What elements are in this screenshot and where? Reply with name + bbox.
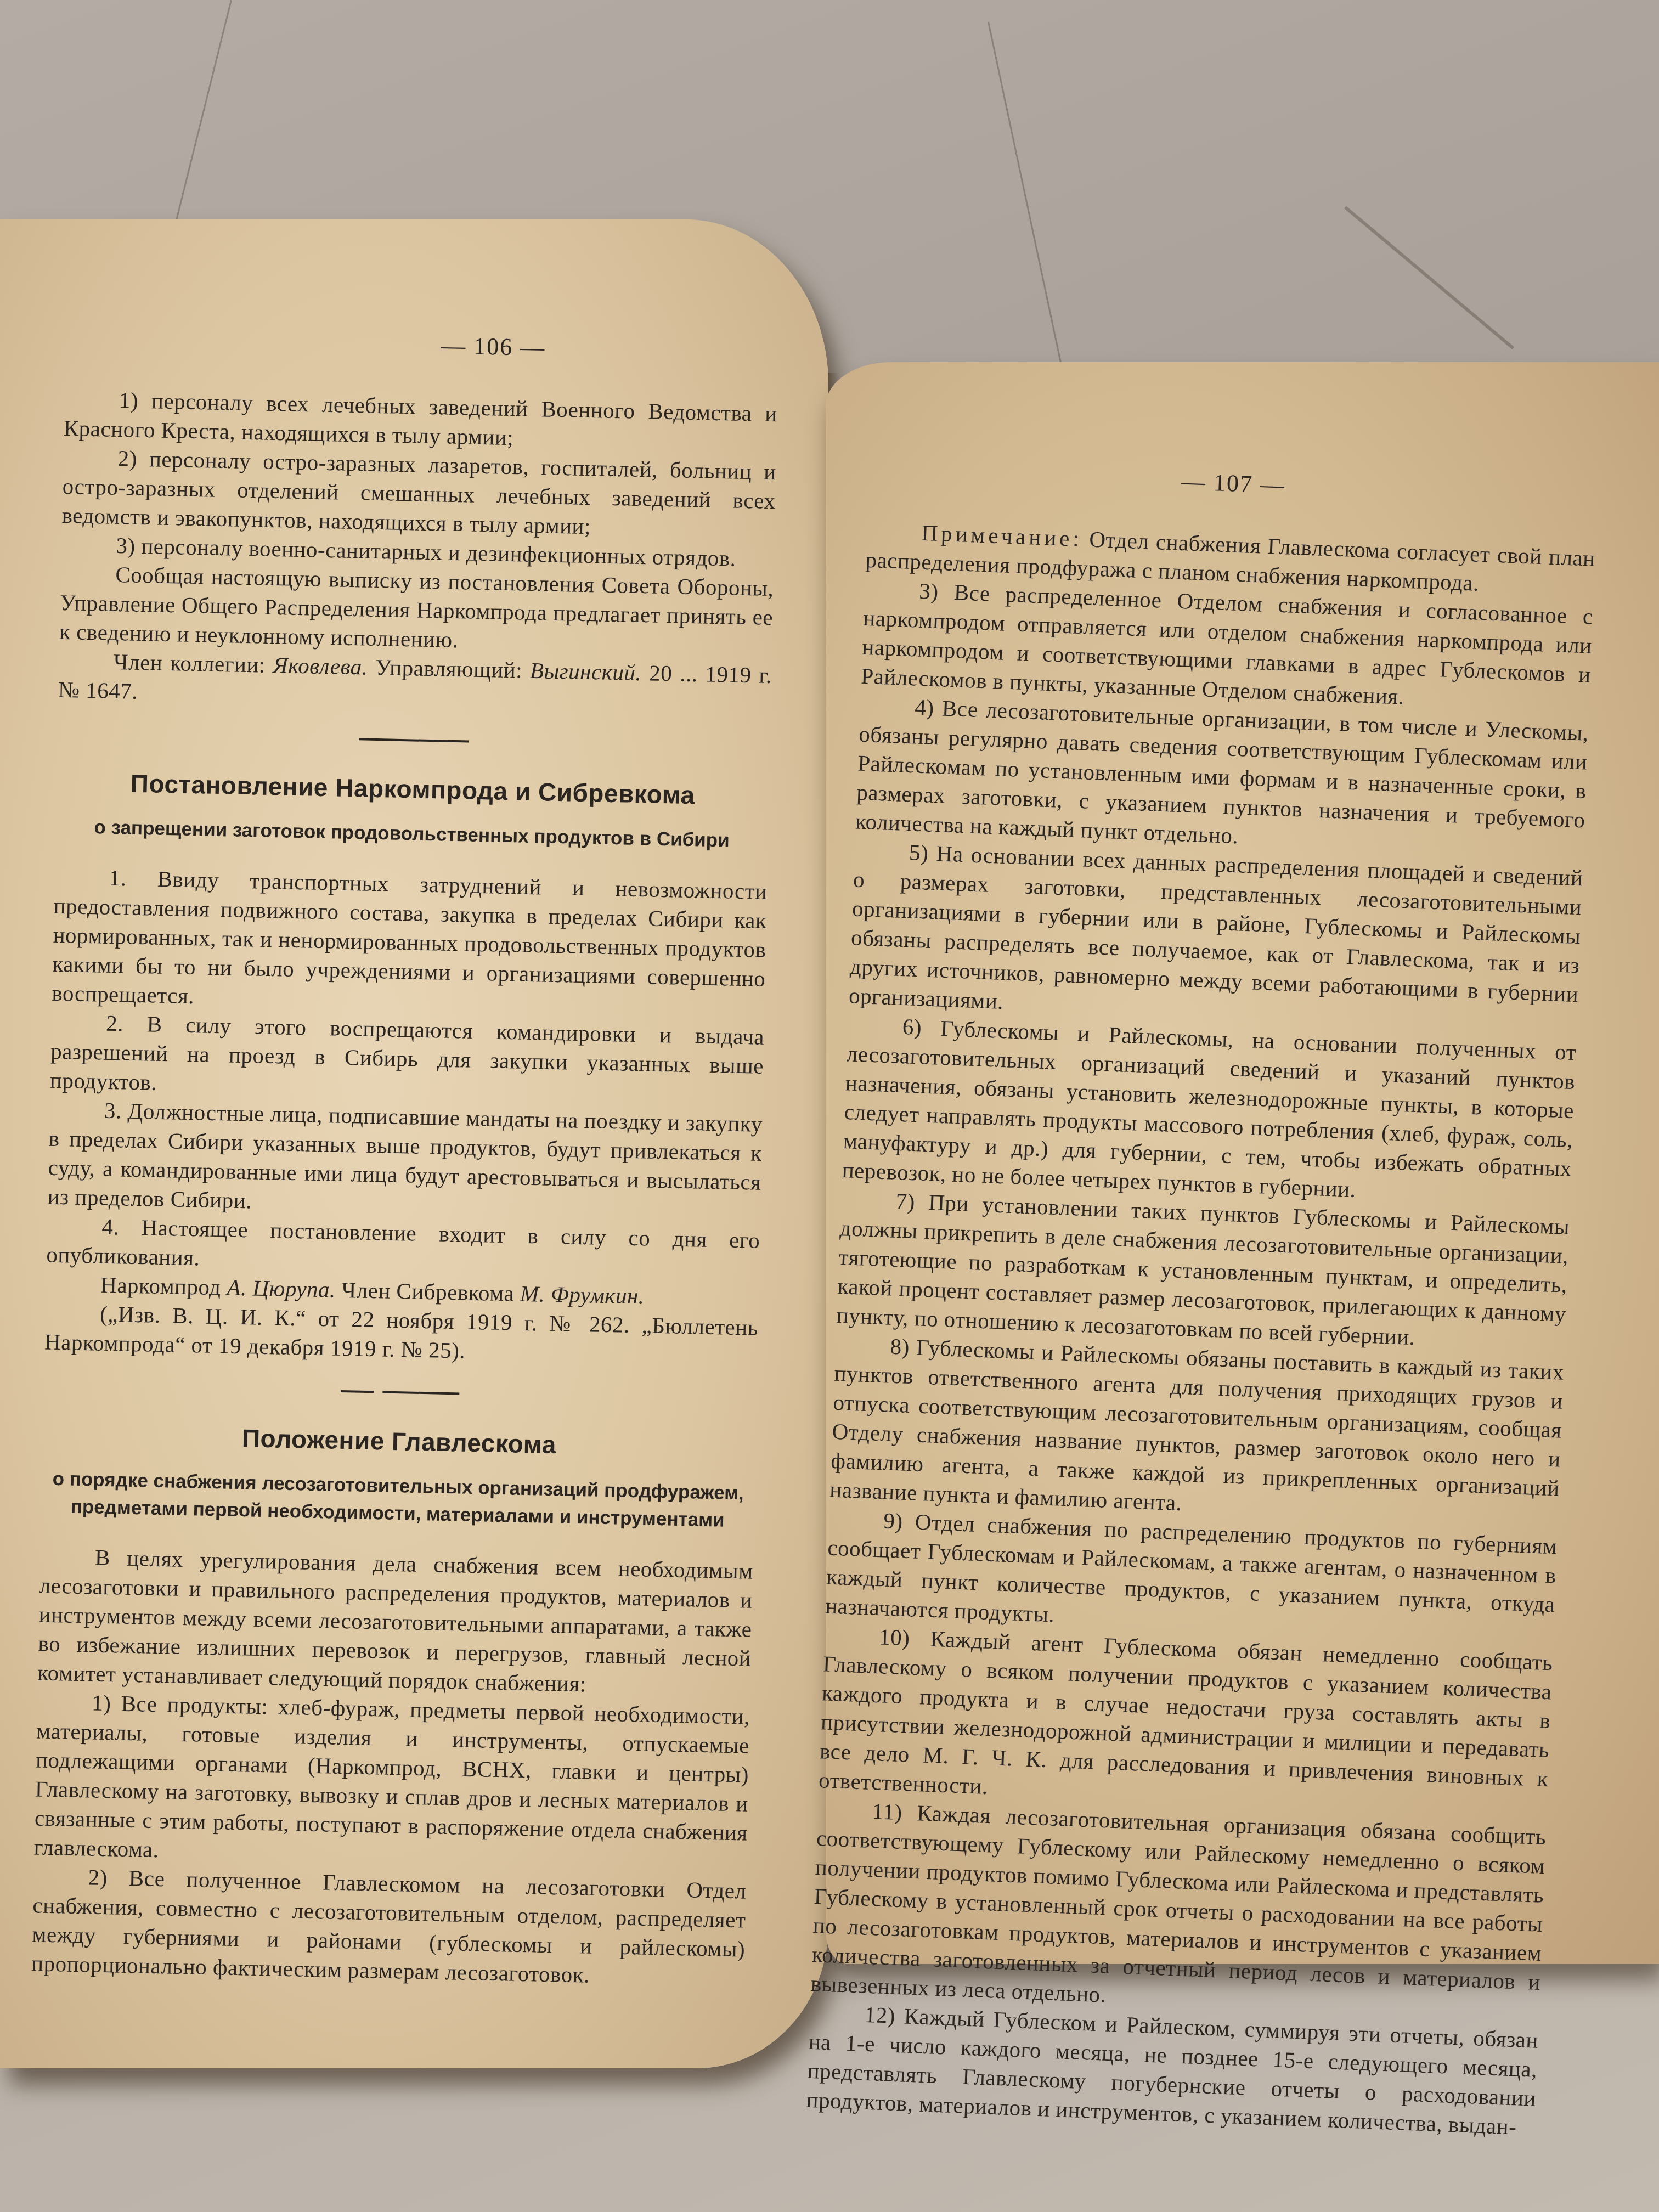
- decree-paragraph: 1. Ввиду транспортных затруднений и нево…: [52, 862, 768, 1023]
- section-title: Постановление Наркомпрода и Сибревкома: [56, 767, 770, 811]
- list-item: 2) персоналу остро-заразных лазаретов, г…: [61, 443, 776, 545]
- left-page-content: — 106 — 1) персоналу всех лечебных завед…: [31, 324, 779, 1993]
- note-label: Примечание:: [921, 520, 1083, 551]
- regulation-paragraph: 7) При установлении таких пунктов Гублес…: [836, 1184, 1570, 1358]
- signatory-name: М. Фрумкин.: [520, 1281, 645, 1309]
- regulation-paragraph: 10) Каждый агент Гублескома обязан немед…: [818, 1620, 1553, 1822]
- decree-paragraph: 3. Должностные лица, подписавшие мандаты…: [47, 1095, 763, 1226]
- regulation-paragraph: 8) Гублескомы и Райлескомы обязаны поста…: [830, 1330, 1565, 1532]
- signature-prefix: Член Сибревкома: [341, 1277, 515, 1306]
- section-divider: [359, 738, 469, 742]
- signature-prefix: Член коллегии:: [114, 649, 266, 678]
- regulation-paragraph: 5) На основании всех данных распределени…: [848, 836, 1583, 1038]
- regulation-paragraph: 11) Каждая лесозаготовительная организац…: [810, 1795, 1547, 2026]
- regulation-paragraph: 2) Все полученное Главлескомом на лесоза…: [31, 1861, 747, 1993]
- signature-prefix: Наркомпрод: [100, 1272, 221, 1300]
- decree-paragraph: 2. В силу этого воспрещаются командировк…: [50, 1008, 765, 1110]
- regulation-paragraph: 6) Гублескомы и Райлескомы, на основании…: [842, 1010, 1577, 1212]
- page-number-left: — 106 —: [65, 324, 779, 366]
- page-number-right: — 107 —: [868, 455, 1598, 511]
- section-divider: [43, 1384, 757, 1401]
- right-page: — 107 — Примечание: Отдел снабжения Глав…: [826, 362, 1659, 1964]
- regulation-paragraph: 1) Все продукты: хлеб-фураж, предметы пе…: [33, 1687, 750, 1876]
- signatory-name: Яковлева.: [273, 652, 368, 680]
- section-title: Положение Главлескома: [42, 1419, 756, 1464]
- section-subtitle: о запрещении заготовок продовольственных…: [55, 813, 769, 855]
- notice-paragraph: Сообщая настоящую выписку из постановлен…: [59, 559, 774, 661]
- section-subtitle: о порядке снабжения лесозаготовительных …: [41, 1465, 755, 1535]
- right-page-content: — 107 — Примечание: Отдел снабжения Глав…: [806, 455, 1598, 2142]
- signature-role: Управляющий:: [375, 654, 523, 683]
- signatory-name: Выгинский.: [530, 658, 642, 685]
- left-page: — 106 — 1) персоналу всех лечебных завед…: [0, 219, 828, 2068]
- signatory-name: А. Цюрупа.: [227, 1275, 336, 1302]
- background-vein: [1344, 206, 1514, 349]
- regulation-paragraph: 4) Все лесозаготовительные организации, …: [855, 691, 1589, 864]
- regulation-paragraph: В целях урегулирования дела снабжения вс…: [37, 1542, 753, 1702]
